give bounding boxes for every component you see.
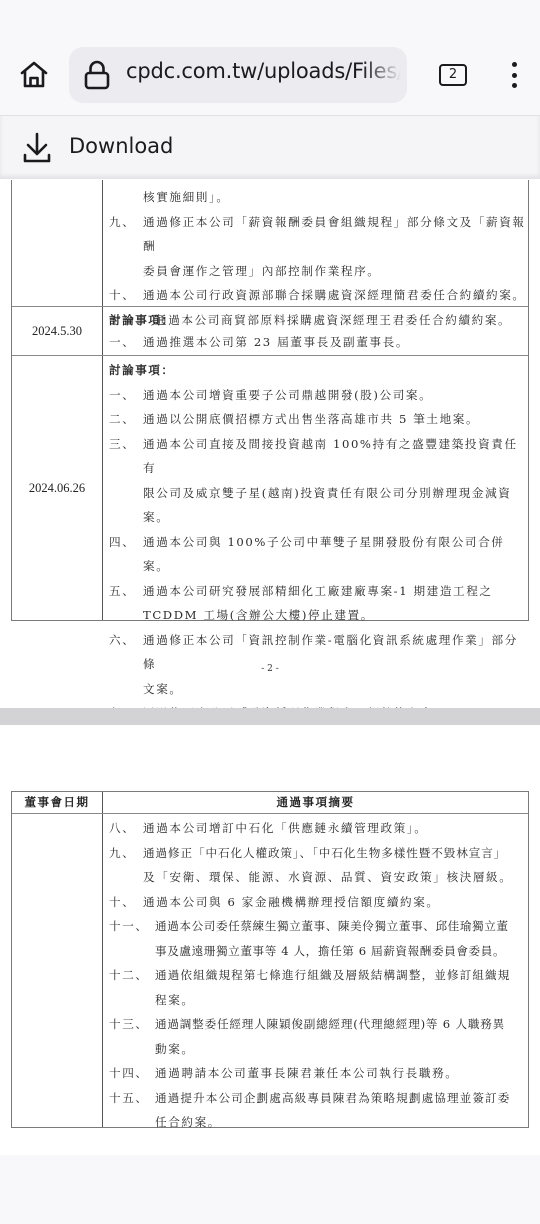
list-item: 十、 通過本公司與 6 家金融機構辦理授信額度續約案。 <box>109 890 528 915</box>
list-item: 二、 通過以公開底價招標方式出售坐落高雄市共 5 筆土地案。 <box>109 407 528 432</box>
download-icon <box>22 131 52 165</box>
section-heading: 討論事項： <box>109 358 528 383</box>
item-number: 十五、 <box>109 1086 155 1111</box>
item-text: 通過提升本公司企劃處高級專員陳君為策略規劃處協理並簽訂委 <box>155 1086 528 1111</box>
item-continuation: 任合約案。 <box>109 1110 528 1135</box>
date-cell: 2024.5.30 <box>12 307 103 355</box>
item-text: 通過本公司與 6 家金融機構辦理授信額度續約案。 <box>143 890 528 915</box>
item-text: 通過修正「中石化人權政策」、「中石化生物多樣性暨不毀林宣言」 <box>143 841 528 866</box>
lock-icon <box>83 59 111 91</box>
section-heading: 討論事項： <box>109 309 528 331</box>
item-text: 通過聘請本公司董事長陳君兼任本公司執行長職務。 <box>155 1061 528 1086</box>
url-text[interactable]: cpdc.com.tw/uploads/Files/2024 <box>126 59 401 83</box>
table-row: 八、 通過本公司增訂中石化「供應鏈永續管理政策」。 九、 通過修正「中石化人權政… <box>12 814 528 1127</box>
list-item: 四、 通過本公司與 100%子公司中華雙子星開發股份有限公司合併案。 <box>109 530 528 579</box>
item-continuation: TCDDM 工場(含辦公大樓)停止建置。 <box>109 603 528 628</box>
table-row: 2024.06.26 討論事項： 一、 通過本公司增資重要子公司鼎越開發(股)公… <box>12 355 528 620</box>
item-text: 通過本公司研究發展部精細化工廠建廠專案-1 期建造工程之 <box>143 579 528 604</box>
url-bar-row: cpdc.com.tw/uploads/Files/2024 2 <box>0 45 540 115</box>
more-menu-button[interactable] <box>500 59 528 91</box>
item-text: 通過本公司增資重要子公司鼎越開發(股)公司案。 <box>143 383 528 408</box>
item-text: 通過推選本公司第 23 屆董事長及副董事長。 <box>143 331 528 353</box>
item-number: 十一、 <box>109 914 155 939</box>
list-item: 一、 通過本公司增資重要子公司鼎越開發(股)公司案。 <box>109 383 528 408</box>
list-item: 十五、 通過提升本公司企劃處高級專員陳君為策略規劃處協理並簽訂委 <box>109 1086 528 1111</box>
home-icon <box>18 60 50 90</box>
item-number: 十二、 <box>109 963 155 988</box>
item-number: 三、 <box>109 432 143 481</box>
content-cell: 核實施細則」。 九、 通過修正本公司「薪資報酬委員會組織規程」部分條文及「薪資報… <box>103 180 528 306</box>
item-number: 二、 <box>109 407 143 432</box>
table-row: 核實施細則」。 九、 通過修正本公司「薪資報酬委員會組織規程」部分條文及「薪資報… <box>12 180 528 306</box>
list-item: 十三、 通過調整委任經理人陳穎俊副總經理(代理總經理)等 6 人職務異 <box>109 1012 528 1037</box>
tab-count: 2 <box>449 67 457 82</box>
item-text: 通過本公司增訂中石化「供應鏈永續管理政策」。 <box>143 816 528 841</box>
status-bar <box>0 0 540 45</box>
date-cell: 2024.06.26 <box>12 356 103 620</box>
item-continuation: 及「安衛、環保、能源、水資源、品質、資安政策」核決層級。 <box>109 865 528 890</box>
list-item: 九、 通過修正「中石化人權政策」、「中石化生物多樣性暨不毀林宣言」 <box>109 841 528 866</box>
item-number: 一、 <box>109 383 143 408</box>
item-continuation: 事及盧遠珊獨立董事等 4 人，擔任第 6 屆薪資報酬委員會委員。 <box>109 939 528 964</box>
board-resolutions-table-page2: 董事會日期 通過事項摘要 八、 通過本公司增訂中石化「供應鏈永續管理政策」。 九… <box>11 791 529 1128</box>
more-vert-icon-dot <box>512 83 517 88</box>
item-continuation: 文案。 <box>109 677 528 702</box>
item-text: 通過依組織規程第七條進行組織及層級結構調整，並修訂組織規 <box>155 963 528 988</box>
table-row: 2024.5.30 討論事項： 一、 通過推選本公司第 23 屆董事長及副董事長… <box>12 306 528 355</box>
list-item: 八、 通過本公司增訂中石化「供應鏈永續管理政策」。 <box>109 816 528 841</box>
item-number: 四、 <box>109 530 143 579</box>
list-item: 九、 通過修正本公司「薪資報酬委員會組織規程」部分條文及「薪資報酬 <box>109 210 528 259</box>
download-label[interactable]: Download <box>69 134 173 158</box>
date-cell <box>12 180 103 306</box>
item-text: 核實施細則」。 <box>109 185 528 210</box>
item-text: 通過本公司行政資源部聯合採購處資深經理簡君委任合約續約案。 <box>143 283 528 308</box>
list-item: 十、 通過本公司行政資源部聯合採購處資深經理簡君委任合約續約案。 <box>109 283 528 308</box>
item-continuation: 委員會運作之管理」內部控制作業程序。 <box>109 259 528 284</box>
item-text: 通過本公司與 100%子公司中華雙子星開發股份有限公司合併案。 <box>143 530 528 579</box>
list-item: 十四、 通過聘請本公司董事長陳君兼任本公司執行長職務。 <box>109 1061 528 1086</box>
more-vert-icon-dot <box>512 73 517 78</box>
item-number: 九、 <box>109 841 143 866</box>
header-summary: 通過事項摘要 <box>103 792 528 813</box>
item-text: 通過本公司委任蔡練生獨立董事、陳美伶獨立董事、邱佳瑜獨立董 <box>155 914 528 939</box>
item-number: 十三、 <box>109 1012 155 1037</box>
list-item: 一、 通過推選本公司第 23 屆董事長及副董事長。 <box>109 331 528 353</box>
list-item: 十二、 通過依組織規程第七條進行組織及層級結構調整，並修訂組織規 <box>109 963 528 988</box>
tab-switcher-button[interactable]: 2 <box>439 64 467 86</box>
download-bar[interactable]: Download <box>0 115 540 179</box>
list-item: 三、 通過本公司直接及間接投資越南 100%持有之盛豐建築投資責任有 <box>109 432 528 481</box>
item-text: 通過以公開底價招標方式出售坐落高雄市共 5 筆土地案。 <box>143 407 528 432</box>
more-vert-icon <box>512 62 517 67</box>
content-cell: 討論事項： 一、 通過本公司增資重要子公司鼎越開發(股)公司案。 二、 通過以公… <box>103 356 528 620</box>
item-text: 通過修正本公司「薪資報酬委員會組織規程」部分條文及「薪資報酬 <box>143 210 528 259</box>
item-continuation: 限公司及威京雙子星(越南)投資責任有限公司分別辦理現金減資案。 <box>109 481 528 530</box>
item-number: 八、 <box>109 816 143 841</box>
page-separator <box>0 708 540 725</box>
date-cell <box>12 814 103 1127</box>
item-number: 五、 <box>109 579 143 604</box>
document-bottom-area <box>0 1155 540 1224</box>
board-resolutions-table-page1: 核實施細則」。 九、 通過修正本公司「薪資報酬委員會組織規程」部分條文及「薪資報… <box>11 180 529 621</box>
header-date: 董事會日期 <box>12 792 103 813</box>
item-number: 一、 <box>109 331 143 353</box>
item-continuation: 動案。 <box>109 1037 528 1062</box>
item-number: 十四、 <box>109 1061 155 1086</box>
home-button[interactable] <box>14 57 54 93</box>
address-bar[interactable]: cpdc.com.tw/uploads/Files/2024 <box>69 47 407 103</box>
item-number: 九、 <box>109 210 143 259</box>
item-number: 十、 <box>109 890 143 915</box>
item-number: 十、 <box>109 283 143 308</box>
pdf-document[interactable]: 核實施細則」。 九、 通過修正本公司「薪資報酬委員會組織規程」部分條文及「薪資報… <box>0 180 540 1224</box>
list-item: 五、 通過本公司研究發展部精細化工廠建廠專案-1 期建造工程之 <box>109 579 528 604</box>
list-item: 十一、 通過本公司委任蔡練生獨立董事、陳美伶獨立董事、邱佳瑜獨立董 <box>109 914 528 939</box>
item-continuation: 程案。 <box>109 988 528 1013</box>
item-text: 通過本公司直接及間接投資越南 100%持有之盛豐建築投資責任有 <box>143 432 528 481</box>
content-cell: 八、 通過本公司增訂中石化「供應鏈永續管理政策」。 九、 通過修正「中石化人權政… <box>103 814 528 1127</box>
item-text: 通過調整委任經理人陳穎俊副總經理(代理總經理)等 6 人職務異 <box>155 1012 528 1037</box>
page-number: - 2 - <box>0 664 540 674</box>
table-header: 董事會日期 通過事項摘要 <box>12 792 528 814</box>
content-cell: 討論事項： 一、 通過推選本公司第 23 屆董事長及副董事長。 <box>103 307 528 355</box>
